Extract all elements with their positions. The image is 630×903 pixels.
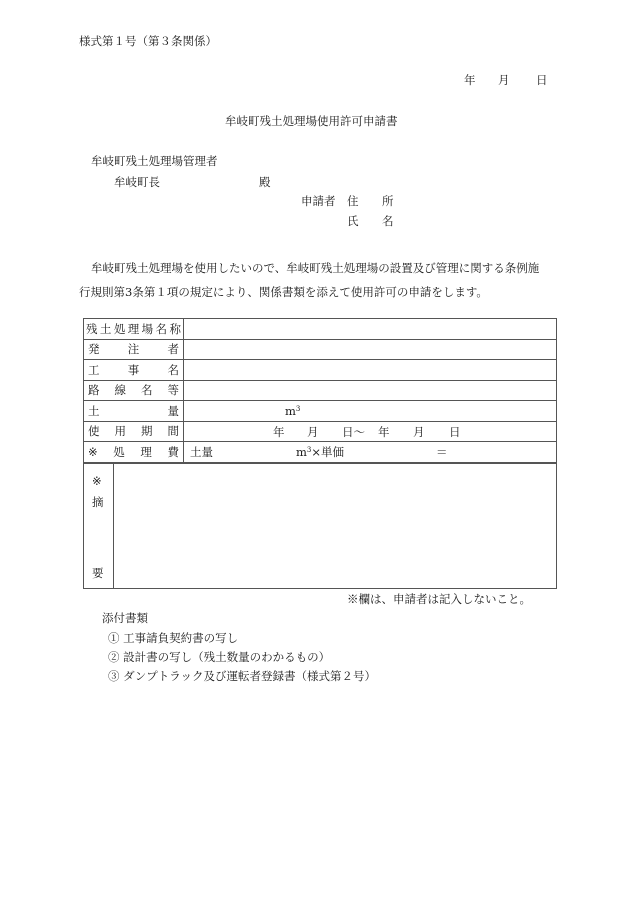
table-row-memo: ※ 摘 要 [84,463,556,588]
fee-equals: ＝ [436,447,448,459]
table-row-usage-period: 使用期間 年 月 日～ 年 月 日 [84,422,556,443]
addressee-line1: 牟岐町残土処理場管理者 [91,156,218,168]
period-end-year: 年 [378,427,390,439]
table-row-site-name: 残土処理場名称 [84,319,556,340]
form-number: 様式第１号（第３条関係） [79,36,217,48]
fee-unit: m3×単価 [296,447,344,459]
processing-fee-field: 土量 m3×単価 ＝ [184,442,556,462]
row-label: ※処理費 [84,442,184,462]
application-table: 残土処理場名称 発注者 工事名 路線名等 土量 m3 使用期間 年 [83,318,557,589]
usage-period-field[interactable]: 年 月 日～ 年 月 日 [184,422,556,442]
date-day-label: 日 [536,75,548,87]
address-label-1: 住 [347,196,359,208]
period-start-day: 日～ [342,427,365,439]
document-title: 牟岐町残土処理場使用許可申請書 [225,116,398,128]
row-label: 路線名等 [84,381,184,401]
row-label: 工事名 [84,360,184,380]
period-end-day: 日 [449,427,461,439]
body-text-line2: 行規則第3条第１項の規定により、関係書類を添えて使用許可の申請をします。 [79,287,488,299]
period-start-month: 月 [307,427,319,439]
note-text: ※欄は、申請者は記入しないこと。 [347,594,531,606]
date-month-label: 月 [498,75,510,87]
row-label: 土量 [84,401,184,421]
site-name-field[interactable] [184,319,556,339]
cubic-meter-unit: m3 [285,406,300,418]
table-row-route-name: 路線名等 [84,381,556,402]
date-year-label: 年 [464,75,476,87]
route-name-field[interactable] [184,381,556,401]
soil-volume-field[interactable]: m3 [184,401,556,421]
name-label-1: 氏 [347,216,359,228]
applicant-label: 申請者 [301,196,336,208]
row-label: 残土処理場名称 [84,319,184,339]
table-row-project-name: 工事名 [84,360,556,381]
project-name-field[interactable] [184,360,556,380]
table-row-orderer: 発注者 [84,340,556,361]
attachment-item-3: ③ ダンプトラック及び運転者登録書（様式第２号） [108,671,376,683]
name-label-2: 名 [382,216,394,228]
attachments-heading: 添付書類 [102,613,148,625]
attachment-item-2: ② 設計書の写し（残土数量のわかるもの） [108,652,330,664]
table-row-soil-volume: 土量 m3 [84,401,556,422]
memo-label: ※ 摘 要 [84,464,114,588]
attachment-item-1: ① 工事請負契約書の写し [108,633,238,645]
memo-field [114,464,556,588]
addressee-line2: 牟岐町長 [114,177,160,189]
period-end-month: 月 [413,427,425,439]
address-label-2: 所 [382,196,394,208]
orderer-field[interactable] [184,340,556,360]
addressee-honorific: 殿 [259,177,271,189]
fee-soil-label: 土量 [190,447,213,459]
period-start-year: 年 [273,427,285,439]
row-label: 発注者 [84,340,184,360]
table-row-processing-fee: ※処理費 土量 m3×単価 ＝ [84,442,556,463]
body-text-line1: 牟岐町残土処理場を使用したいので、牟岐町残土処理場の設置及び管理に関する条例施 [91,263,539,275]
row-label: 使用期間 [84,422,184,442]
